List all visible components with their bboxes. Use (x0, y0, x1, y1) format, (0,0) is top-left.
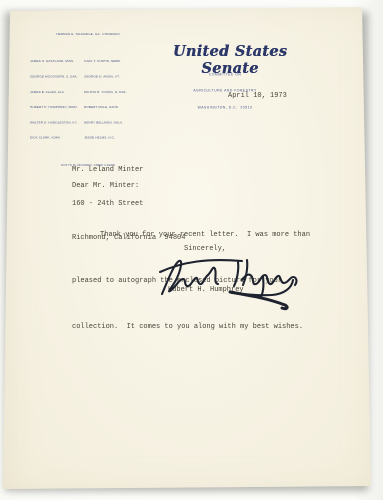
letterhead-member: MILTON R. YOUNG, N. DAK. (84, 90, 146, 95)
body-line: collection. It comes to you along with m… (72, 320, 337, 335)
letterhead-member: DICK CLARK, IOWA (30, 136, 84, 141)
letterhead-member: JAMES O. EASTLAND, MISS. (30, 59, 84, 64)
committee-address: WASHINGTON, D.C. 20510 (145, 105, 305, 110)
recipient-name: Mr. Leland Minter (72, 165, 185, 176)
humphrey-signature-ink (152, 250, 317, 314)
committee-line1: COMMITTEE ON (145, 73, 305, 78)
letterhead-member: ROBERT DOLE, KANS. (84, 105, 146, 110)
letterhead-member: JESSE HELMS, N.C. (84, 136, 146, 141)
letter-paper: HERMAN E. TALMADGE, GA., CHAIRMAN JAMES … (0, 0, 383, 500)
salutation: Dear Mr. Minter: (72, 182, 139, 190)
letterhead-member: JAMES B. ALLEN, ALA. (30, 90, 84, 95)
letterhead-member: GEORGE MCGOVERN, S. DAK. (30, 75, 84, 80)
letterhead-member: WALTER D. HUDDLESTON, KY. (30, 120, 84, 125)
body-line: Thank you for your recent letter. I was … (72, 228, 337, 243)
letterhead-member: HENRY BELLMON, OKLA. (84, 120, 146, 125)
chairman-line: HERMAN E. TALMADGE, GA., CHAIRMAN (30, 32, 146, 37)
letter-photo: HERMAN E. TALMADGE, GA., CHAIRMAN JAMES … (0, 0, 383, 500)
members-right-column: CARL T. CURTIS, NEBR. GEORGE D. AIKEN, V… (84, 49, 146, 151)
letterhead-member: GEORGE D. AIKEN, VT. (84, 75, 146, 80)
date-line: April 10, 1973 (228, 92, 287, 100)
letterhead-member: HUBERT H. HUMPHREY, MINN. (30, 105, 84, 110)
letterhead-member: CARL T. CURTIS, NEBR. (84, 59, 146, 64)
members-left-column: JAMES O. EASTLAND, MISS. GEORGE MCGOVERN… (30, 49, 84, 151)
